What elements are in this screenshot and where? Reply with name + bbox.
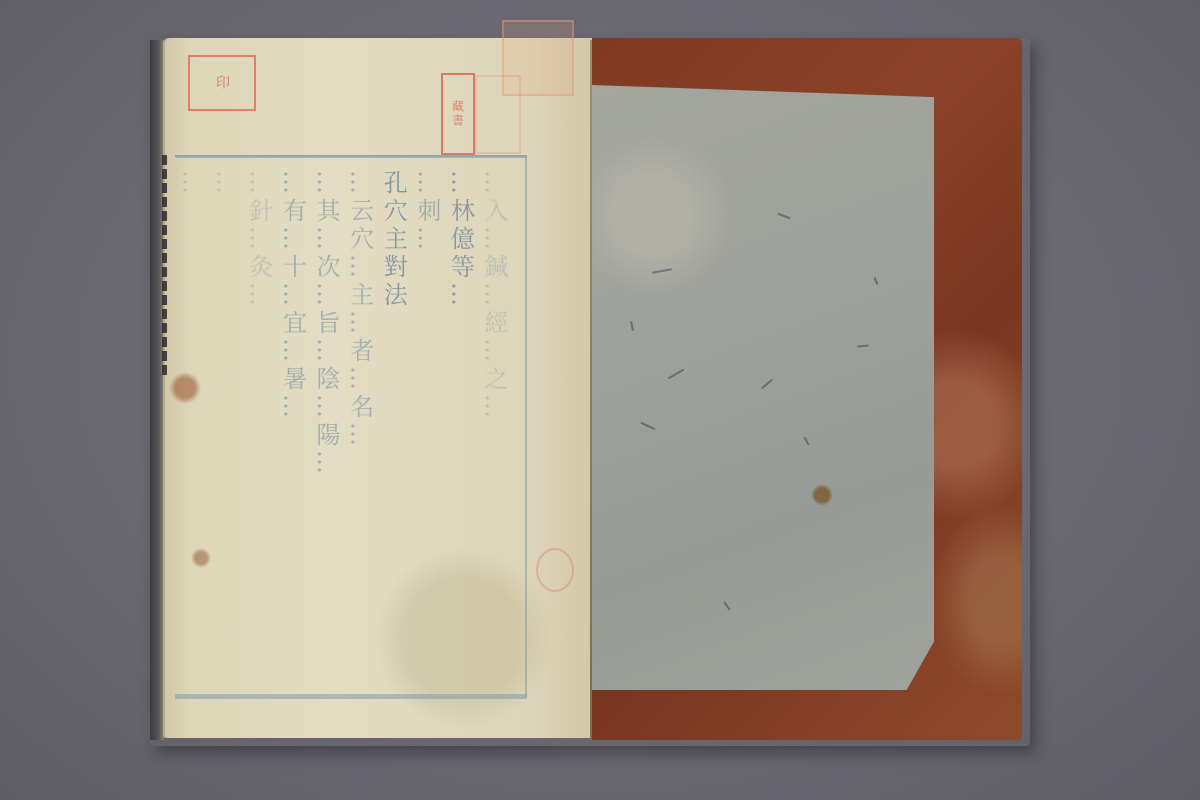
paper-fiber bbox=[874, 277, 879, 285]
endpaper bbox=[592, 85, 934, 690]
paper-fiber bbox=[803, 437, 809, 446]
paper-fiber bbox=[777, 213, 791, 220]
text-column: …刺… bbox=[415, 170, 443, 690]
red-seal-stamp bbox=[475, 75, 521, 154]
text-column: …林億等… bbox=[449, 170, 477, 690]
paper-fiber bbox=[640, 422, 655, 431]
paper-fiber bbox=[857, 344, 869, 347]
text-column: … bbox=[180, 170, 208, 690]
red-seal-stamp: 印 bbox=[188, 55, 256, 111]
paper-fiber bbox=[723, 601, 730, 610]
text-column: …有…十…宜…暑… bbox=[281, 170, 309, 690]
text-column: … bbox=[214, 170, 242, 690]
text-column: …針…灸… bbox=[247, 170, 275, 690]
red-seal-stamp: 藏書 bbox=[441, 73, 475, 155]
book-spine-edge bbox=[150, 40, 164, 740]
text-column: …其…次…旨…陰…陽… bbox=[314, 170, 342, 690]
paper-fiber bbox=[668, 369, 685, 380]
round-seal-stamp bbox=[536, 548, 574, 592]
paper-fiber bbox=[761, 379, 773, 390]
text-column: …云穴…主…者…名… bbox=[348, 170, 376, 690]
spine-text-marks bbox=[162, 155, 167, 375]
paper-fiber bbox=[652, 268, 672, 273]
paper-fiber bbox=[630, 321, 634, 331]
text-column: …入…鍼…經…之… bbox=[482, 170, 510, 690]
frame-bottom-rule bbox=[175, 694, 527, 697]
frame-top-rule bbox=[175, 155, 527, 158]
text-column-heading: 孔穴主對法 bbox=[382, 170, 410, 690]
text-columns: …入…鍼…經…之… …林億等… …刺… 孔穴主對法 …云穴…主…者…名… …其…… bbox=[180, 170, 510, 690]
